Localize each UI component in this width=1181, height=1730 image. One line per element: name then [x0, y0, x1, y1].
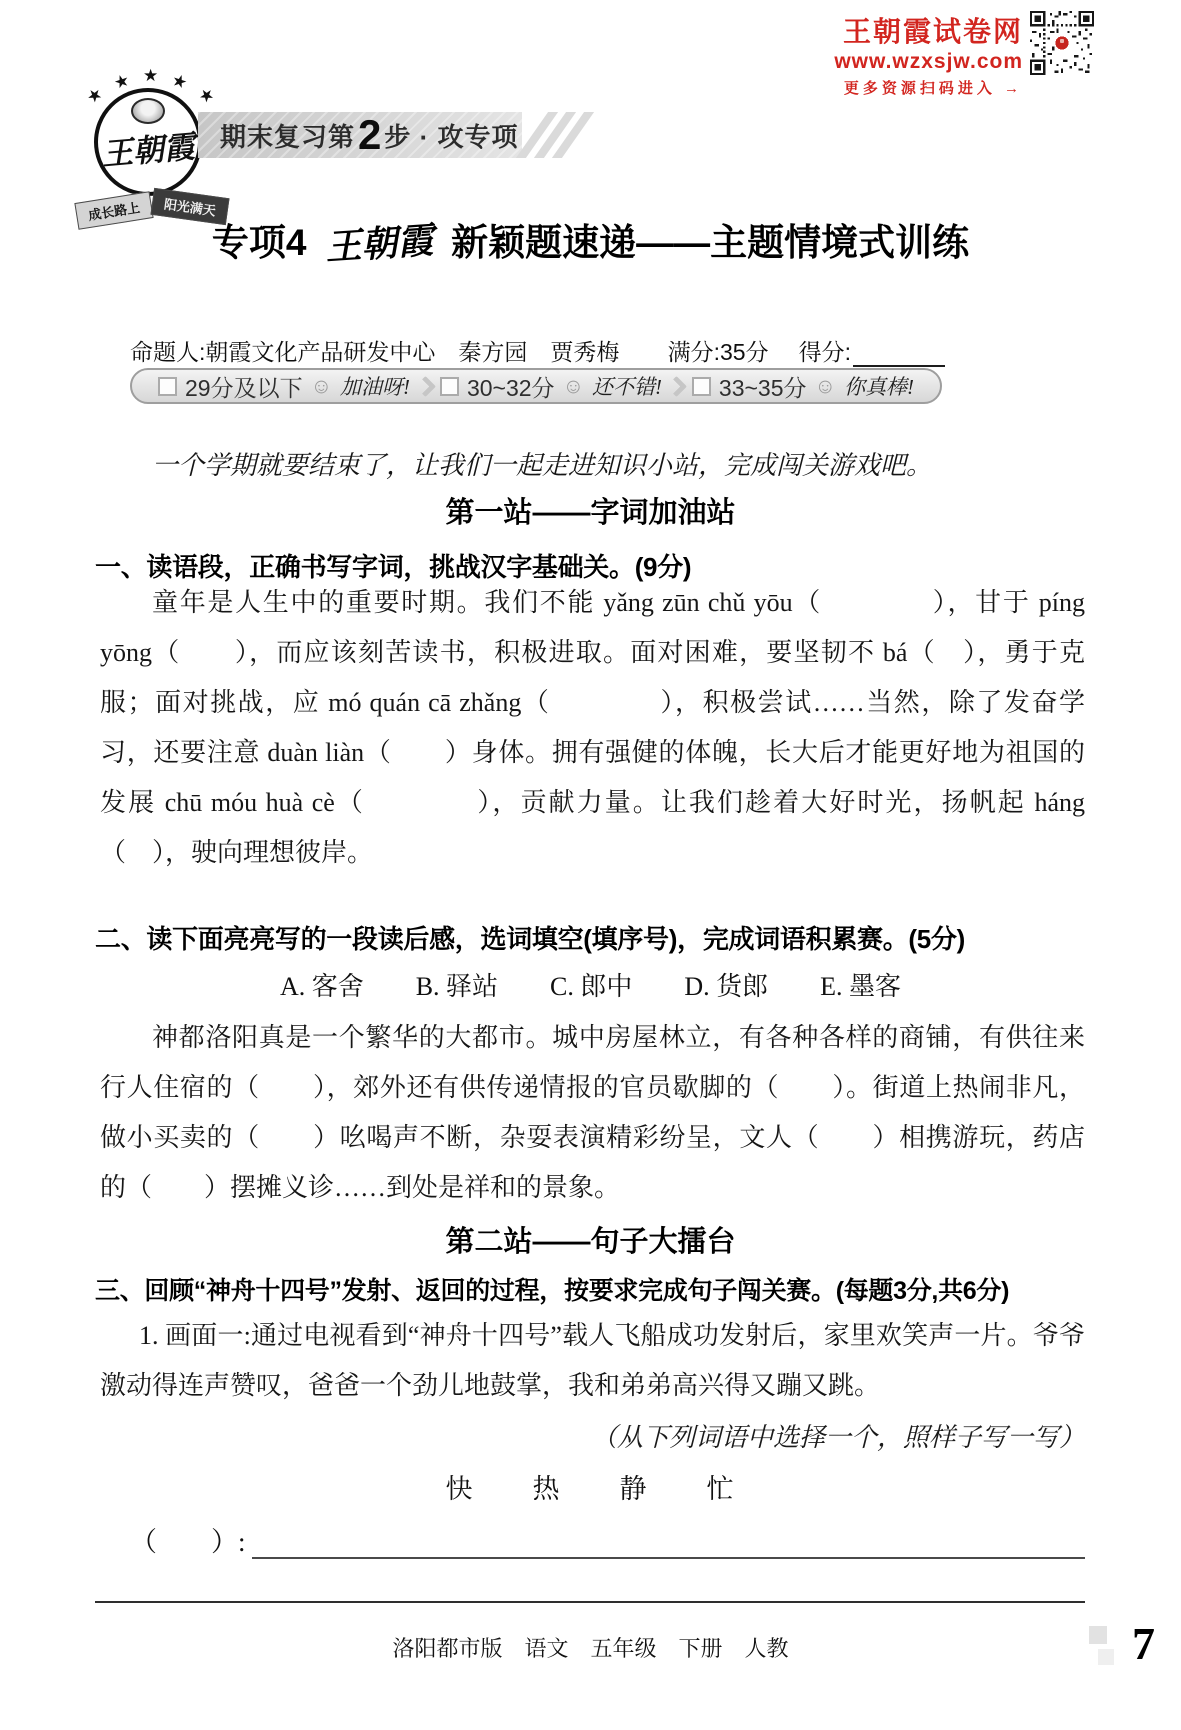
smiley-face-icon: ☺ [815, 376, 836, 397]
site-masthead: 王朝霞试卷网 www.wzxsjw.com 更多资源扫码进入 → [834, 10, 1023, 98]
portrait-icon [131, 98, 165, 124]
score-checkbox-2[interactable] [440, 377, 459, 396]
title-tag: 专项4 [212, 222, 307, 263]
footer-edition: 洛阳都市版 语文 五年级 下册 人教 [0, 1632, 1181, 1663]
question3-hint: （从下列词语中选择一个，照样子写一写） [100, 1417, 1085, 1454]
decor-square [1098, 1649, 1114, 1665]
banner-prefix: 期末复习第 [220, 117, 355, 154]
banner-suffix: 步 · 攻专项 [384, 117, 518, 154]
intro-text: 一个学期就要结束了，让我们一起走进知识小站，完成闯关游戏吧。 [100, 441, 1085, 491]
qr-code-icon [1030, 11, 1094, 75]
question3-heading: 三、回顾“神舟十四号”发射、返回的过程，按要求完成句子闯关赛。(每题3分,共6分… [95, 1271, 1097, 1307]
site-url: www.wzxsjw.com [834, 50, 1023, 74]
star-icon: ★ [112, 71, 132, 92]
banner-step-number: 2 [358, 114, 381, 156]
page-title: 专项4 王朝霞 新颖题速递——主题情境式训练 [0, 212, 1181, 266]
score-band-bar: 29分及以下 ☺ 加油呀! 30~32分 ☺ 还不错! 33~35分 ☺ 你真棒… [130, 368, 942, 404]
question2-heading: 二、读下面亮亮写的一段读后感，选词填空(填序号)，完成词语积累赛。(5分) [95, 919, 1097, 956]
score-comment-2: 还不错! [592, 371, 662, 401]
score-checkbox-3[interactable] [692, 377, 711, 396]
score-label: 得分: [799, 334, 851, 367]
score-blank-line[interactable] [853, 343, 945, 367]
star-icon: ★ [170, 71, 190, 92]
logo-brand-name: 王朝霞 [96, 121, 200, 175]
score-band-1: 29分及以下 ☺ 加油呀! [158, 370, 410, 403]
title-rest: 新颖题速递——主题情境式训练 [451, 222, 969, 263]
question3-answer-row: （ ）: [130, 1520, 1085, 1559]
smiley-face-icon: ☺ [563, 376, 584, 397]
site-tagline: 更多资源扫码进入 → [834, 77, 1023, 98]
score-range-2: 30~32分 [467, 370, 555, 403]
page-number-block: 7 [1087, 1616, 1163, 1676]
star-icon: ★ [143, 67, 158, 84]
smiley-face-icon: ☺ [311, 376, 332, 397]
exam-score-info: 满分:35分 得分: [668, 334, 945, 367]
question3-item1: 1. 画面一:通过电视看到“神舟十四号”载人飞船成功发射后，家里欢笑声一片。爷爷… [100, 1311, 1085, 1411]
star-icon: ★ [83, 84, 105, 107]
full-score-label: 满分:35分 [668, 334, 769, 367]
chevron-right-icon [666, 375, 687, 396]
station1-heading: 第一站——字词加油站 [0, 490, 1181, 531]
answer-prefix: （ ）: [130, 1520, 246, 1559]
question1-passage: 童年是人生中的重要时期。我们不能 yǎng zūn chǔ yōu（ ），甘于 … [100, 578, 1085, 878]
answer-blank-line[interactable] [252, 1527, 1085, 1559]
page-number: 7 [1132, 1616, 1155, 1671]
score-comment-3: 你真棒! [844, 371, 914, 401]
score-range-3: 33~35分 [719, 370, 807, 403]
exam-meta-row: 命题人:朝霞文化产品研发中心 秦方园 贾秀梅 满分:35分 得分: [130, 334, 945, 367]
footer-divider [95, 1601, 1085, 1603]
question2-options: A. 客舍 B. 驿站 C. 郎中 D. 货郎 E. 墨客 [0, 966, 1181, 1003]
score-comment-1: 加油呀! [340, 371, 410, 401]
score-range-1: 29分及以下 [185, 370, 303, 403]
logo-circle: 王朝霞 [94, 88, 202, 196]
score-checkbox-1[interactable] [158, 377, 177, 396]
decor-square [1089, 1626, 1107, 1644]
chapter-banner: 期末复习第 2 步 · 攻专项 [198, 112, 522, 158]
chevron-right-icon [414, 375, 435, 396]
star-icon: ★ [195, 84, 217, 107]
site-name: 王朝霞试卷网 [834, 10, 1023, 50]
question2-passage: 神都洛阳真是一个繁华的大都市。城中房屋林立，有各种各样的商铺，有供往来行人住宿的… [100, 1013, 1085, 1213]
banner-stripes [532, 112, 578, 158]
question3-word-choices: 快 热 静 忙 [0, 1467, 1181, 1506]
station2-heading: 第二站——句子大擂台 [0, 1219, 1181, 1260]
score-band-3: 33~35分 ☺ 你真棒! [692, 370, 914, 403]
score-band-2: 30~32分 ☺ 还不错! [440, 370, 662, 403]
exam-setters: 命题人:朝霞文化产品研发中心 秦方园 贾秀梅 [130, 334, 619, 367]
title-brand-script: 王朝霞 [323, 212, 434, 270]
worksheet-page: 王朝霞试卷网 www.wzxsjw.com 更多资源扫码进入 → ★ ★ ★ ★… [0, 0, 1181, 1730]
